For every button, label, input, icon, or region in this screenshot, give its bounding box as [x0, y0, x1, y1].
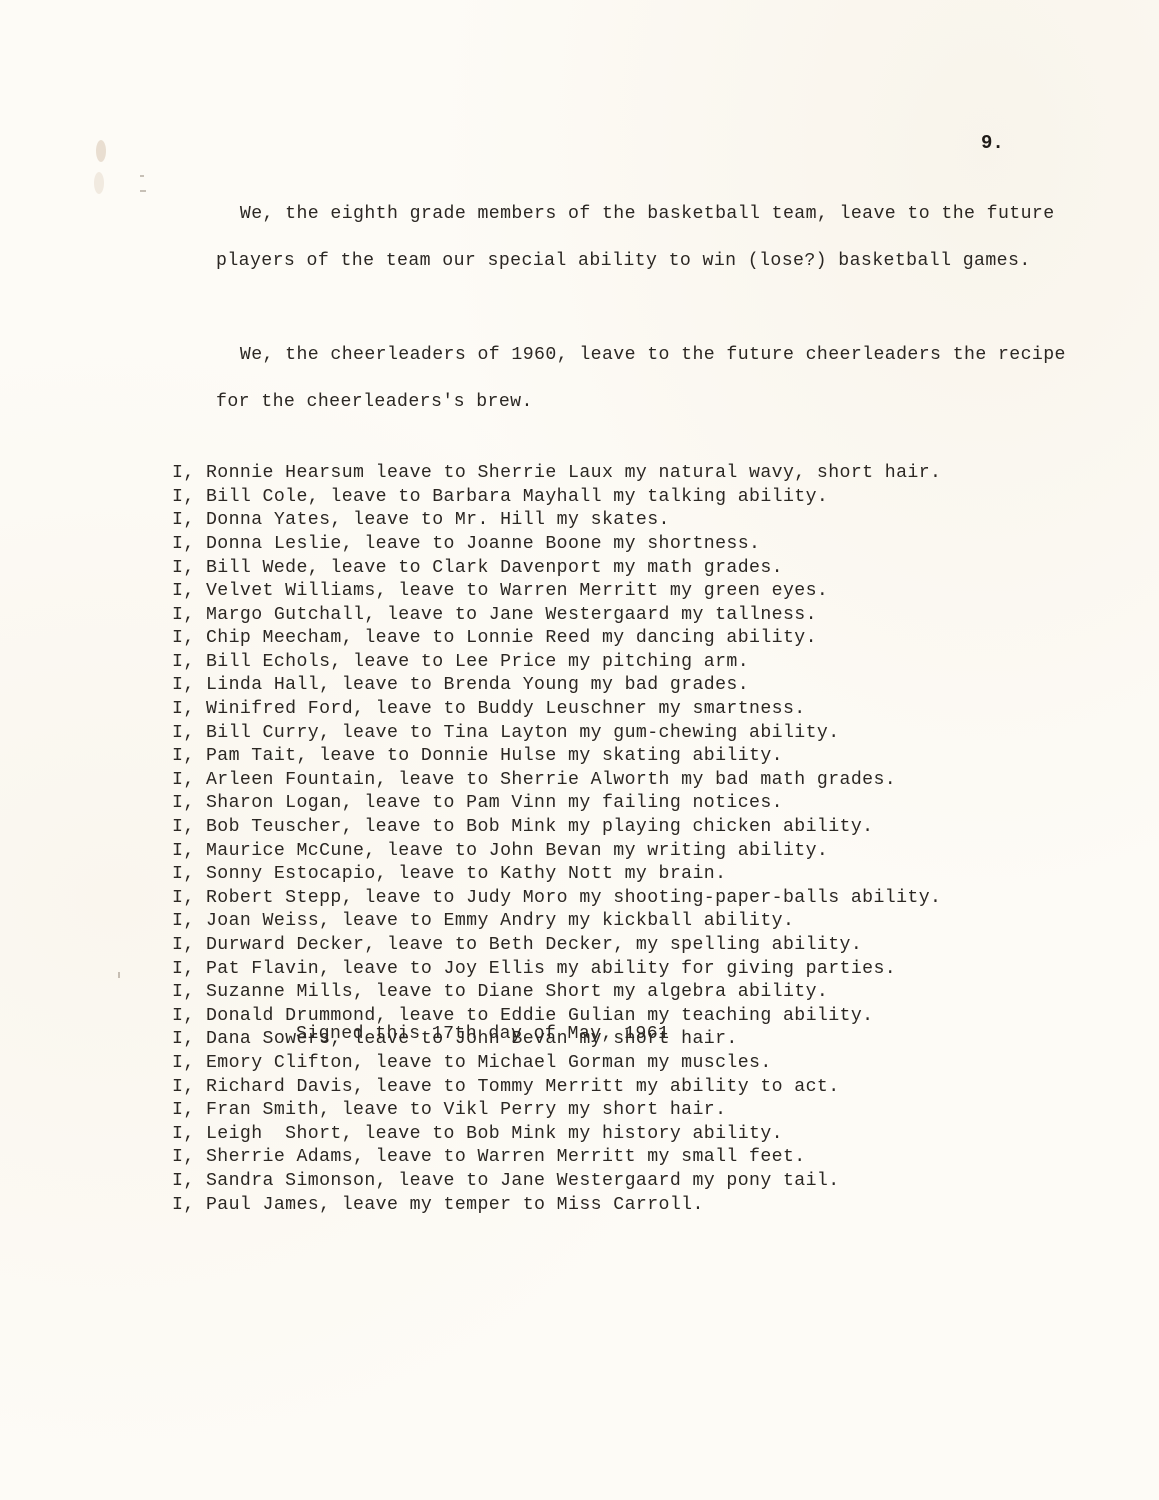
- bequest-line: I, Bill Echols, leave to Lee Price my pi…: [172, 651, 1032, 675]
- bequest-line: I, Leigh Short, leave to Bob Mink my his…: [172, 1123, 1032, 1147]
- paragraph-line: We, the eighth grade members of the bask…: [240, 204, 1055, 224]
- bequest-line: I, Maurice McCune, leave to John Bevan m…: [172, 840, 1032, 864]
- bequest-line: I, Donna Yates, leave to Mr. Hill my ska…: [172, 509, 1032, 533]
- paragraph-line: We, the cheerleaders of 1960, leave to t…: [240, 345, 1066, 365]
- bequest-line: I, Fran Smith, leave to Vikl Perry my sh…: [172, 1099, 1032, 1123]
- paragraph-continuation: for the cheerleaders's brew.: [172, 391, 1032, 415]
- paper-stain: [96, 140, 106, 162]
- paper-stain: [94, 172, 104, 194]
- bequest-line: I, Sonny Estocapio, leave to Kathy Nott …: [172, 863, 1032, 887]
- margin-mark: [118, 972, 120, 978]
- bequest-line: I, Bill Cole, leave to Barbara Mayhall m…: [172, 486, 1032, 510]
- bequest-line: I, Robert Stepp, leave to Judy Moro my s…: [172, 887, 1032, 911]
- page-number: 9.: [981, 132, 1004, 154]
- bequest-list: I, Ronnie Hearsum leave to Sherrie Laux …: [172, 462, 1032, 1217]
- bequest-line: I, Linda Hall, leave to Brenda Young my …: [172, 674, 1032, 698]
- bequest-line: I, Suzanne Mills, leave to Diane Short m…: [172, 981, 1032, 1005]
- bequest-line: I, Pam Tait, leave to Donnie Hulse my sk…: [172, 745, 1032, 769]
- paragraph-basketball-team: We, the eighth grade members of the bask…: [172, 179, 1032, 321]
- bequest-line: I, Sharon Logan, leave to Pam Vinn my fa…: [172, 792, 1032, 816]
- bequest-line: I, Donna Leslie, leave to Joanne Boone m…: [172, 533, 1032, 557]
- bequest-line: I, Winifred Ford, leave to Buddy Leuschn…: [172, 698, 1032, 722]
- bequest-line: I, Joan Weiss, leave to Emmy Andry my ki…: [172, 910, 1032, 934]
- bequest-line: I, Sandra Simonson, leave to Jane Wester…: [172, 1170, 1032, 1194]
- bequest-line: I, Bill Curry, leave to Tina Layton my g…: [172, 722, 1032, 746]
- margin-mark: [140, 175, 144, 177]
- paragraph-cheerleaders: We, the cheerleaders of 1960, leave to t…: [172, 321, 1032, 463]
- bequest-line: I, Chip Meecham, leave to Lonnie Reed my…: [172, 627, 1032, 651]
- document-body: We, the eighth grade members of the bask…: [172, 179, 1032, 1217]
- bequest-line: I, Emory Clifton, leave to Michael Gorma…: [172, 1052, 1032, 1076]
- signature-line: Signed this 17th day of May, 1961: [296, 1024, 669, 1044]
- bequest-line: I, Richard Davis, leave to Tommy Merritt…: [172, 1076, 1032, 1100]
- bequest-line: I, Sherrie Adams, leave to Warren Merrit…: [172, 1146, 1032, 1170]
- margin-mark: [140, 190, 146, 192]
- bequest-line: I, Paul James, leave my temper to Miss C…: [172, 1194, 1032, 1218]
- bequest-line: I, Bob Teuscher, leave to Bob Mink my pl…: [172, 816, 1032, 840]
- bequest-line: I, Arleen Fountain, leave to Sherrie Alw…: [172, 769, 1032, 793]
- bequest-line: I, Bill Wede, leave to Clark Davenport m…: [172, 557, 1032, 581]
- bequest-line: I, Pat Flavin, leave to Joy Ellis my abi…: [172, 958, 1032, 982]
- bequest-line: I, Margo Gutchall, leave to Jane Westerg…: [172, 604, 1032, 628]
- bequest-line: I, Ronnie Hearsum leave to Sherrie Laux …: [172, 462, 1032, 486]
- paragraph-continuation: players of the team our special ability …: [172, 250, 1032, 274]
- document-page: 9. We, the eighth grade members of the b…: [0, 0, 1159, 1500]
- bequest-line: I, Velvet Williams, leave to Warren Merr…: [172, 580, 1032, 604]
- bequest-line: I, Durward Decker, leave to Beth Decker,…: [172, 934, 1032, 958]
